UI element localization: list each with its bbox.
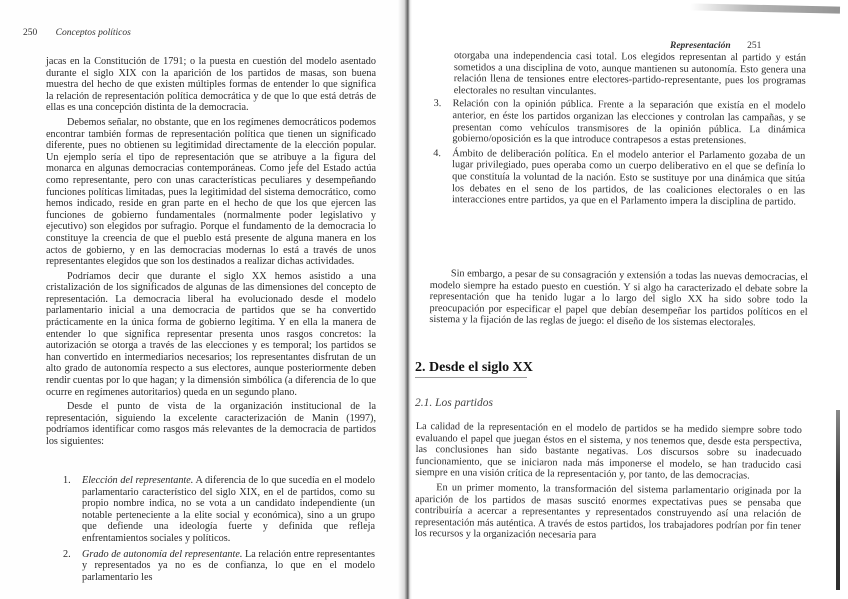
left-running-title: Conceptos políticos bbox=[56, 28, 131, 38]
subsection-heading: 2.1. Los partidos bbox=[415, 397, 493, 409]
paragraph: Debemos señalar, no obstante, que en los… bbox=[46, 117, 376, 268]
list-item-number: 1. bbox=[63, 475, 71, 487]
list-item: 4.Ámbito de deliberación política. En el… bbox=[427, 148, 805, 209]
right-section-text: La calidad de la representación en el mo… bbox=[415, 421, 802, 544]
right-running-head: Representación 251 bbox=[670, 41, 761, 51]
section-heading: 2. Desde el siglo XX bbox=[415, 360, 533, 376]
list-item: 2.Grado de autonomía del representante. … bbox=[57, 549, 375, 584]
list-item-lead: Grado de autonomía del representante. bbox=[82, 549, 242, 560]
paragraph: La calidad de la representación en el mo… bbox=[415, 421, 802, 483]
left-running-head: 250 Conceptos políticos bbox=[23, 28, 131, 38]
list-item-lead: Ámbito de deliberación política. bbox=[452, 148, 588, 160]
paragraph: En un primer momento, la transformación … bbox=[415, 482, 802, 544]
left-body-text: jacas en la Constitución de 1791; o la p… bbox=[46, 56, 376, 448]
left-numbered-list: 1.Elección del representante. A diferenc… bbox=[57, 475, 375, 587]
right-list-block: otorgaba una independencia casi total. L… bbox=[427, 50, 806, 211]
list-item-lead: Relación con la opinión pública. bbox=[453, 99, 594, 111]
right-page-number: 251 bbox=[747, 41, 761, 51]
list-item: 1.Elección del representante. A diferenc… bbox=[57, 475, 375, 545]
list-item-number: 2. bbox=[63, 549, 71, 561]
right-paragraph-block: Sin embargo, a pesar de su consagración … bbox=[429, 268, 808, 330]
left-page-number: 250 bbox=[23, 28, 37, 38]
right-numbered-list: 3.Relación con la opinión pública. Frent… bbox=[427, 98, 806, 208]
list-item-continued: otorgaba una independencia casi total. L… bbox=[428, 50, 806, 99]
page-right-edge-shadow bbox=[836, 410, 840, 590]
paragraph: Sin embargo, a pesar de su consagración … bbox=[429, 268, 808, 330]
list-item: 3.Relación con la opinión pública. Frent… bbox=[427, 98, 805, 147]
section-underline bbox=[415, 377, 527, 378]
list-item-lead: Elección del representante. bbox=[82, 475, 193, 486]
list-item-number: 3. bbox=[434, 98, 442, 110]
paragraph: Podríamos decir que durante el siglo XX … bbox=[46, 271, 376, 399]
book-spine-shadow bbox=[398, 0, 412, 599]
right-running-title: Representación bbox=[670, 41, 731, 51]
paragraph: jacas en la Constitución de 1791; o la p… bbox=[46, 56, 376, 114]
paragraph: Desde el punto de vista de la organizaci… bbox=[46, 401, 376, 447]
left-page: 250 Conceptos políticos jacas en la Cons… bbox=[0, 0, 408, 599]
list-item-number: 4. bbox=[433, 148, 441, 160]
section-heading-text: 2. Desde el siglo XX bbox=[415, 360, 533, 375]
right-page: Representación 251 otorgaba una independ… bbox=[408, 0, 848, 599]
